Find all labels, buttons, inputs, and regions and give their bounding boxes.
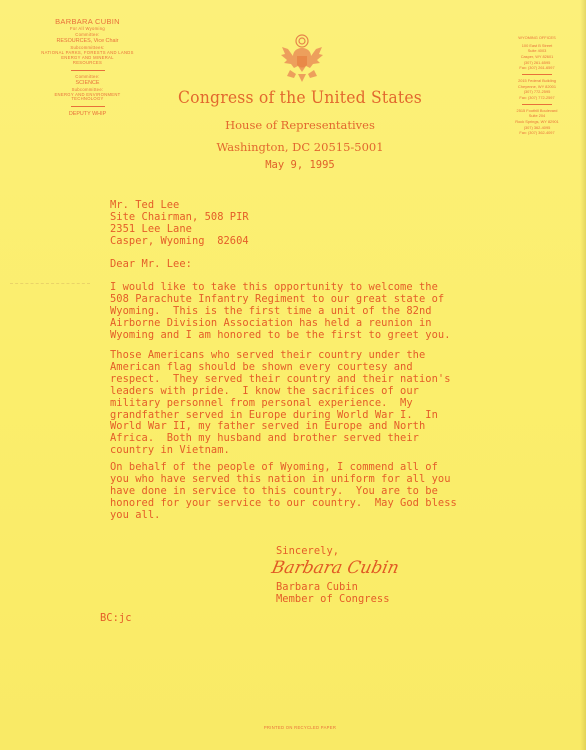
divider xyxy=(71,106,105,107)
paragraph-line: have done in service to this country. Yo… xyxy=(110,486,500,498)
divider xyxy=(522,74,552,75)
typist-initials: BC:jc xyxy=(100,613,490,625)
office-casper-line: Fax: (307) 261-6597 xyxy=(492,65,582,71)
subcommittee-technology: TECHNOLOGY xyxy=(20,97,155,102)
signer-title: Member of Congress xyxy=(276,594,586,606)
paragraph-1: I would like to take this opportunity to… xyxy=(110,282,500,342)
paragraph-line: respect. They served their country and t… xyxy=(110,374,500,386)
handwritten-signature: Barbara Cubin xyxy=(270,558,401,578)
letterhead-address: Washington, DC 20515-5001 xyxy=(150,140,450,154)
recipient-address: Mr. Ted LeeSite Chairman, 508 PIR2351 Le… xyxy=(110,200,500,248)
paragraph-line: Wyoming. This is the first time a unit o… xyxy=(110,306,500,318)
paragraph-3: On behalf of the people of Wyoming, I co… xyxy=(110,462,500,522)
paragraph-2: Those Americans who served their country… xyxy=(110,350,500,457)
paragraph-line: honored for your service to our country.… xyxy=(110,498,500,510)
great-seal-eagle-icon xyxy=(276,32,328,86)
paragraph-line: leaders with pride. I know the sacrifice… xyxy=(110,386,500,398)
stray-mark xyxy=(10,283,90,284)
closing: Sincerely, xyxy=(276,546,586,558)
divider xyxy=(71,70,105,71)
letterhead-left-column: BARBARA CUBIN For All Wyoming Committee:… xyxy=(20,18,155,118)
paragraph-line: Airborne Division Association has held a… xyxy=(110,318,500,330)
letterhead-right-column: WYOMING OFFICES 100 East B Street Suite … xyxy=(492,35,582,136)
recipient-line: 2351 Lee Lane xyxy=(110,224,500,236)
letter-date: May 9, 1995 xyxy=(150,159,450,171)
divider xyxy=(522,104,552,105)
office-cheyenne-line: Fax: (307) 772-2597 xyxy=(492,95,582,101)
letter-page: BARBARA CUBIN For All Wyoming Committee:… xyxy=(0,0,586,750)
member-role: DEPUTY WHIP xyxy=(20,111,155,117)
paragraph-line: Wyoming and I am honored to be the first… xyxy=(110,330,500,342)
paragraph-line: you all. xyxy=(110,510,500,522)
paragraph-line: country in Vietnam. xyxy=(110,445,500,457)
letterhead-subtitle: House of Representatives xyxy=(150,118,450,132)
letterhead-title: Congress of the United States xyxy=(162,88,438,108)
subcommittee-resources: RESOURCES xyxy=(20,61,155,66)
salutation: Dear Mr. Lee: xyxy=(110,259,500,271)
office-rock-springs-line: Fax: (307) 362-4097 xyxy=(492,130,582,136)
recipient-line: Casper, Wyoming 82604 xyxy=(110,236,500,248)
paragraph-line: military personnel from personal experie… xyxy=(110,398,500,410)
recycled-paper-notice: PRINTED ON RECYCLED PAPER xyxy=(200,725,400,730)
